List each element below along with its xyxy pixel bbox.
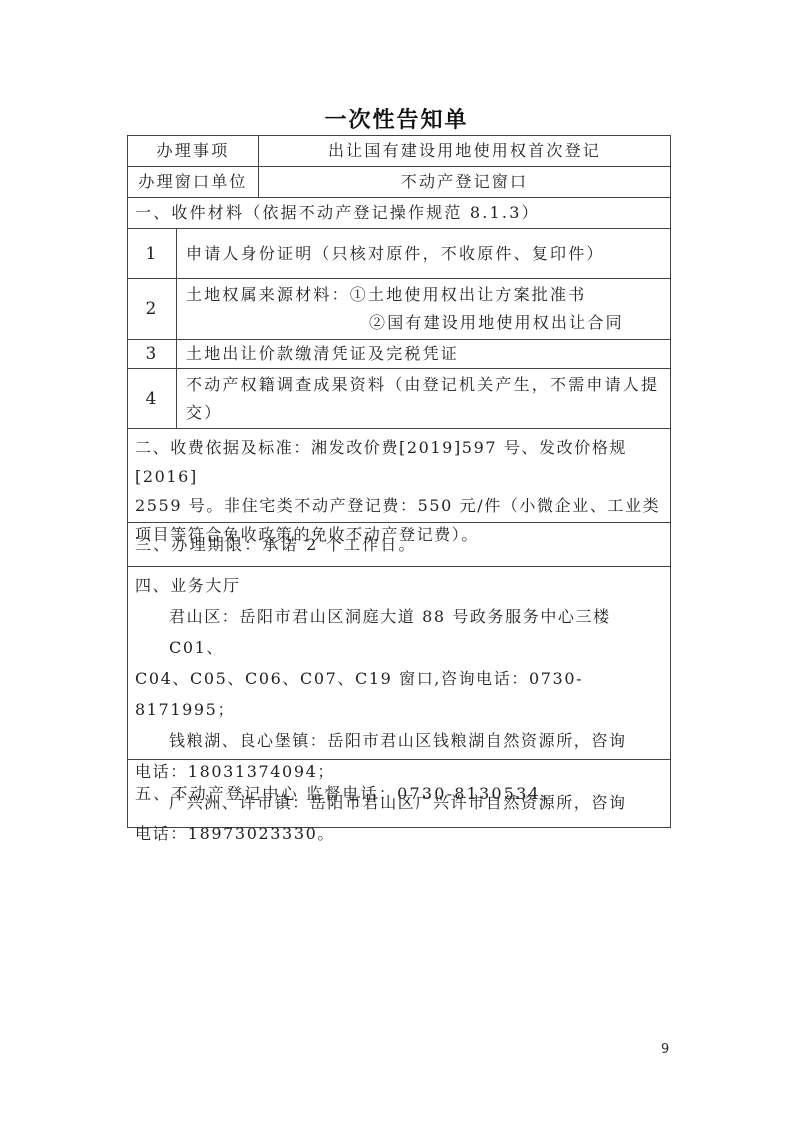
- supervision-text: 五、不动产登记中心 监督电话：0730-8130534。: [128, 760, 670, 827]
- hall-line: 钱粮湖、良心堡镇：岳阳市君山区钱粮湖自然资源所，咨询: [135, 725, 664, 756]
- material-number: 4: [128, 369, 177, 428]
- notice-table: 办理事项 出让国有建设用地使用权首次登记 办理窗口单位 不动产登记窗口 一、收件…: [127, 135, 671, 828]
- material-row: 1 申请人身份证明（只核对原件，不收原件、复印件）: [128, 228, 670, 278]
- section3-row: 三、办理期限：承诺 2 个工作日。: [128, 522, 670, 566]
- deadline-text: 三、办理期限：承诺 2 个工作日。: [128, 523, 670, 566]
- material-row: 4 不动产权籍调查成果资料（由登记机关产生，不需申请人提 交）: [128, 368, 670, 428]
- section5-row: 五、不动产登记中心 监督电话：0730-8130534。: [128, 759, 670, 827]
- material-line: 土地出让价款缴清凭证及完税凭证: [186, 340, 670, 368]
- section4-row: 四、业务大厅 君山区：岳阳市君山区洞庭大道 88 号政务服务中心三楼 C01、 …: [128, 566, 670, 759]
- service-hall-section: 四、业务大厅 君山区：岳阳市君山区洞庭大道 88 号政务服务中心三楼 C01、 …: [128, 567, 670, 759]
- material-text: 土地权属来源材料：①土地使用权出让方案批准书 ②国有建设用地使用权出让合同: [177, 279, 670, 339]
- row-matter: 办理事项 出让国有建设用地使用权首次登记: [128, 136, 670, 166]
- material-line: 不动产权籍调查成果资料（由登记机关产生，不需申请人提: [186, 371, 670, 399]
- fee-line: 2559 号。非住宅类不动产登记费：550 元/件（小微企业、工业类: [135, 491, 664, 520]
- hall-line: C04、C05、C06、C07、C19 窗口,咨询电话：0730-8171995…: [135, 663, 664, 725]
- material-number: 1: [128, 229, 177, 278]
- material-number: 3: [128, 340, 177, 368]
- hall-line: 君山区：岳阳市君山区洞庭大道 88 号政务服务中心三楼 C01、: [135, 601, 664, 663]
- row-window: 办理窗口单位 不动产登记窗口: [128, 166, 670, 197]
- material-line: 申请人身份证明（只核对原件，不收原件、复印件）: [186, 240, 670, 268]
- section1-heading: 一、收件材料（依据不动产登记操作规范 8.1.3）: [128, 198, 670, 228]
- matter-value: 出让国有建设用地使用权首次登记: [259, 136, 670, 166]
- material-line: ②国有建设用地使用权出让合同: [186, 309, 670, 337]
- fee-line: 二、收费依据及标准：湘发改价费[2019]597 号、发改价格规[2016]: [135, 433, 664, 491]
- material-text: 不动产权籍调查成果资料（由登记机关产生，不需申请人提 交）: [177, 369, 670, 428]
- service-hall-heading: 四、业务大厅: [135, 570, 664, 601]
- material-row: 2 土地权属来源材料：①土地使用权出让方案批准书 ②国有建设用地使用权出让合同: [128, 278, 670, 339]
- window-value: 不动产登记窗口: [259, 167, 670, 197]
- page-number: 9: [661, 1042, 669, 1057]
- material-line: 土地权属来源材料：①土地使用权出让方案批准书: [186, 281, 670, 309]
- section1-heading-row: 一、收件材料（依据不动产登记操作规范 8.1.3）: [128, 197, 670, 228]
- material-row: 3 土地出让价款缴清凭证及完税凭证: [128, 339, 670, 368]
- material-line: 交）: [186, 399, 670, 427]
- matter-label: 办理事项: [128, 136, 259, 166]
- material-text: 申请人身份证明（只核对原件，不收原件、复印件）: [177, 229, 670, 278]
- fee-section: 二、收费依据及标准：湘发改价费[2019]597 号、发改价格规[2016] 2…: [128, 429, 670, 522]
- document-title: 一次性告知单: [0, 103, 793, 134]
- material-number: 2: [128, 279, 177, 339]
- section2-row: 二、收费依据及标准：湘发改价费[2019]597 号、发改价格规[2016] 2…: [128, 428, 670, 522]
- window-label: 办理窗口单位: [128, 167, 259, 197]
- material-text: 土地出让价款缴清凭证及完税凭证: [177, 340, 670, 368]
